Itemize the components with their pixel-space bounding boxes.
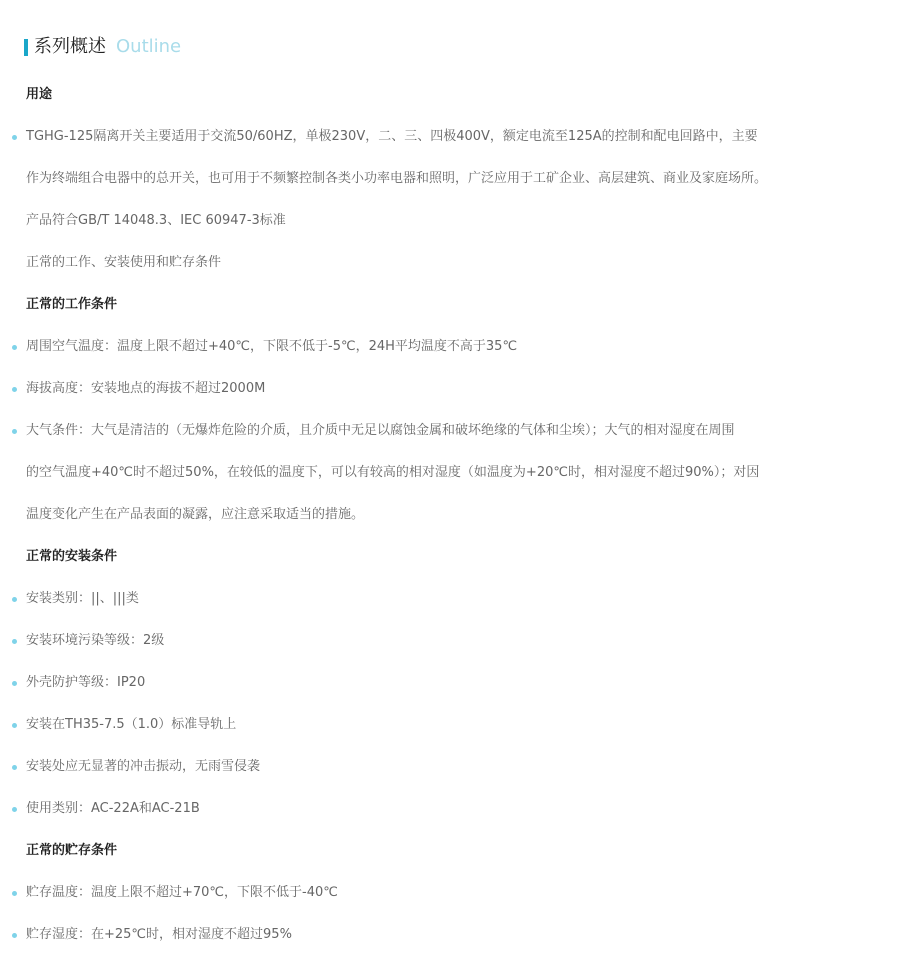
bullet-dot-icon [12,765,17,770]
bullet-dot-icon [12,723,17,728]
section-subtitle: Outline [116,36,181,58]
outline-content: 用途 TGHG-125隔离开关主要适用于交流50/60HZ，单极230V，二、三… [0,74,900,956]
list-item: 安装处应无显著的冲击振动，无雨雪侵袭 [0,746,900,788]
heading-installation-conditions: 正常的安装条件 [0,536,900,578]
list-item-text: 安装类别：||、|||类 [26,591,139,606]
list-item: 周围空气温度：温度上限不超过+40℃，下限不低于-5℃，24H平均温度不高于35… [0,326,900,368]
bullet-dot-icon [12,933,17,938]
heading-usage: 用途 [0,74,900,116]
bullet-dot-icon [12,891,17,896]
bullet-dot-icon [12,345,17,350]
list-item-text: 外壳防护等级：IP20 [26,675,145,690]
section-title: 系列概述 [34,36,106,58]
list-item-text: 周围空气温度：温度上限不超过+40℃，下限不低于-5℃，24H平均温度不高于35… [26,339,517,354]
list-item: 安装在TH35-7.5（1.0）标准导轨上 [0,704,900,746]
list-item-text: 安装环境污染等级：2级 [26,633,164,648]
list-item: 贮存湿度：在+25℃时，相对湿度不超过95% [0,914,900,956]
bullet-dot-icon [12,807,17,812]
bullet-dot-icon [12,135,17,140]
bullet-dot-icon [12,387,17,392]
heading-storage-conditions: 正常的贮存条件 [0,830,900,872]
list-item: 贮存温度：温度上限不超过+70℃，下限不低于-40℃ [0,872,900,914]
list-item: 海拔高度：安装地点的海拔不超过2000M [0,368,900,410]
paragraph-line: 温度变化产生在产品表面的凝露，应注意采取适当的措施。 [0,494,900,536]
paragraph-line: 的空气温度+40℃时不超过50%，在较低的温度下，可以有较高的相对湿度（如温度为… [0,452,900,494]
list-item-text: 安装在TH35-7.5（1.0）标准导轨上 [26,717,236,732]
list-item-text: 贮存湿度：在+25℃时，相对湿度不超过95% [26,927,292,942]
list-item-text: 大气条件：大气是清洁的（无爆炸危险的介质，且介质中无足以腐蚀金属和破坏绝缘的气体… [26,423,735,438]
list-item: 外壳防护等级：IP20 [0,662,900,704]
bullet-dot-icon [12,597,17,602]
accent-bar [24,39,28,56]
list-item-text: 使用类别：AC-22A和AC-21B [26,801,200,816]
bullet-dot-icon [12,681,17,686]
list-item-text: 安装处应无显著的冲击振动，无雨雪侵袭 [26,759,260,774]
list-item-text: TGHG-125隔离开关主要适用于交流50/60HZ，单极230V，二、三、四极… [26,129,758,144]
list-item: TGHG-125隔离开关主要适用于交流50/60HZ，单极230V，二、三、四极… [0,116,900,158]
list-item: 使用类别：AC-22A和AC-21B [0,788,900,830]
paragraph-line: 正常的工作、安装使用和贮存条件 [0,242,900,284]
section-header: 系列概述 Outline [24,36,181,58]
list-item-text: 海拔高度：安装地点的海拔不超过2000M [26,381,265,396]
list-item: 安装环境污染等级：2级 [0,620,900,662]
paragraph-line: 作为终端组合电器中的总开关，也可用于不频繁控制各类小功率电器和照明，广泛应用于工… [0,158,900,200]
paragraph-line: 产品符合GB/T 14048.3、IEC 60947-3标准 [0,200,900,242]
bullet-dot-icon [12,639,17,644]
list-item: 安装类别：||、|||类 [0,578,900,620]
list-item: 大气条件：大气是清洁的（无爆炸危险的介质，且介质中无足以腐蚀金属和破坏绝缘的气体… [0,410,900,452]
heading-working-conditions: 正常的工作条件 [0,284,900,326]
bullet-dot-icon [12,429,17,434]
list-item-text: 贮存温度：温度上限不超过+70℃，下限不低于-40℃ [26,885,338,900]
